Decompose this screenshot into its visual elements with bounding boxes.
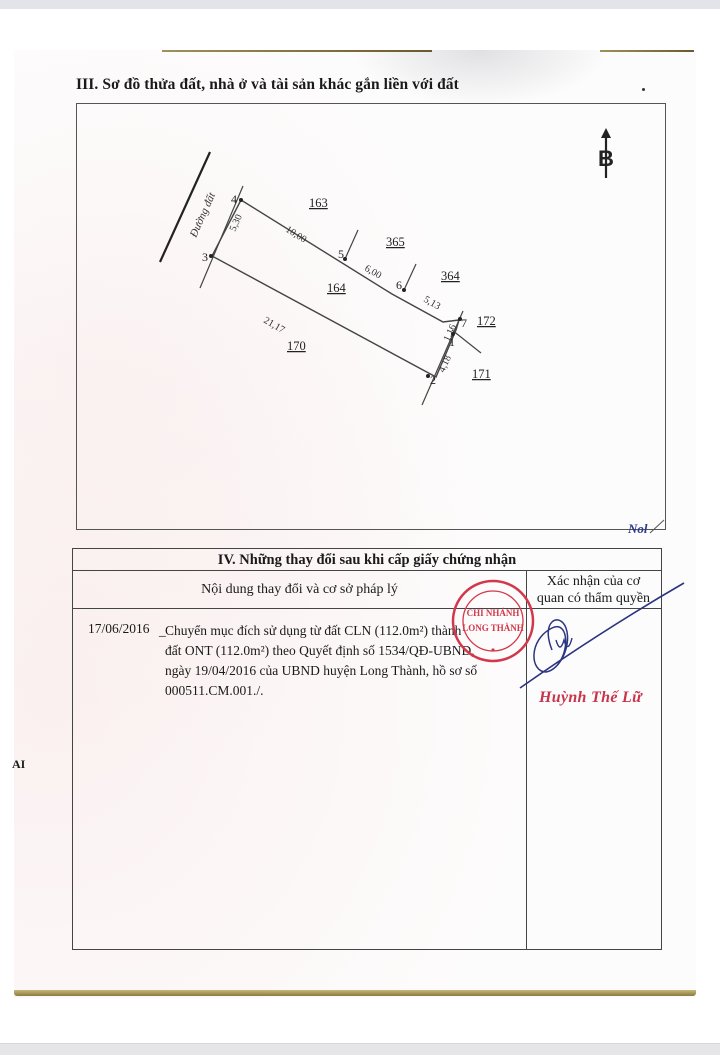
parcel-164-label: 164: [327, 281, 347, 295]
parcel-365-label: 365: [386, 235, 405, 249]
north-arrow-icon: B: [598, 128, 614, 178]
page-gold-edge-bottom: [14, 990, 696, 996]
vertex-2-label: 2: [430, 373, 436, 387]
parcel-172-label: 172: [477, 314, 496, 328]
edge-5-6-length: 6,00: [363, 263, 384, 281]
changes-table: IV. Những thay đổi sau khi cấp giấy chứn…: [72, 548, 662, 950]
signer-name: Huỳnh Thế Lữ: [539, 689, 642, 707]
changes-table-header: Nội dung thay đổi và cơ sở pháp lý Xác n…: [73, 571, 661, 609]
vertex-7-label: 7: [461, 316, 467, 330]
official-stamp-icon: CHI NHÁNH LONG THÀNH: [450, 578, 536, 664]
parcel-163-label: 163: [309, 196, 328, 210]
parcel-map: Đường đất 4 3 5 6 7 1 2 5,30 10,00 6,00 …: [0, 0, 720, 540]
road-label: Đường đất: [187, 190, 218, 240]
edge-4-5-length: 10,00: [283, 224, 308, 245]
edge-6-7-length: 5,13: [422, 294, 443, 312]
changes-table-row: 17/06/2016 _ Chuyển mục đích sử dụng từ …: [73, 609, 661, 949]
entry-date: 17/06/2016: [88, 621, 150, 637]
edge-1-2-length: 4,18: [437, 354, 454, 374]
viewer-bottom-bar: [0, 1043, 720, 1055]
vertex-5-label: 5: [338, 247, 344, 261]
section-4-title: IV. Những thay đổi sau khi cấp giấy chứn…: [73, 549, 661, 571]
edge-text: AI: [12, 757, 25, 772]
vertex-6-label: 6: [396, 278, 402, 292]
initials-mark: Nol: [627, 521, 648, 536]
svg-text:B: B: [598, 146, 614, 171]
svg-text:CHI NHÁNH: CHI NHÁNH: [467, 608, 520, 618]
parcel-170-label: 170: [287, 339, 306, 353]
edge-3-2-length: 21,17: [262, 315, 287, 336]
vertex-4-label: 4: [231, 192, 237, 206]
column-header-confirmation: Xác nhận của cơ quan có thẩm quyền: [526, 571, 661, 609]
svg-text:LONG THÀNH: LONG THÀNH: [462, 623, 524, 633]
parcel-171-label: 171: [472, 367, 491, 381]
parcel-364-label: 364: [441, 269, 461, 283]
vertex-3-label: 3: [202, 250, 208, 264]
